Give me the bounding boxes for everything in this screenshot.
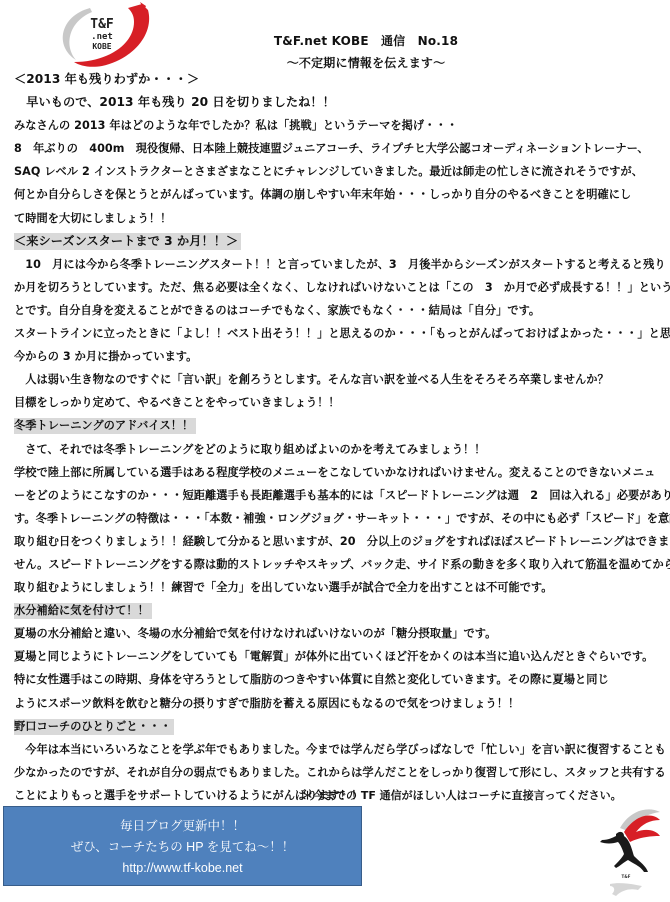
body-line: せん。スピードトレーニングをする際は動的ストレッチやスキップ、バック走、サイド系… — [14, 553, 664, 576]
section-heading-highlighted: 水分補給に気を付けて！！ — [14, 599, 664, 622]
body-line: スタートラインに立ったときに「よし！！ベスト出そう！！」と思えるのか・・・「もっ… — [14, 322, 664, 345]
body-line: みなさんの 2013 年はどのような年でしたか？私は「挑戦」というテーマを掲げ・… — [14, 114, 664, 137]
body-line: とです。自分自身を変えることができるのはコーチでもなく、家族でもなく・・・結局は… — [14, 299, 664, 322]
body-line: か月を切ろうとしています。ただ、焦る必要は全くなく、しなければいけないことは「こ… — [14, 276, 664, 299]
newsletter-title: T&F.net KOBE 通信 No.18 — [246, 30, 486, 52]
body-line: 取り組むようにしましょう！！練習で「全力」を出していない選手が試合で全力を出すこ… — [14, 576, 664, 599]
body-line: 早いもので、2013 年も残り 20 日を切りましたね！！ — [14, 91, 664, 114]
section-heading-highlighted: ＜来シーズンスタートまで 3 か月！！＞ — [14, 230, 664, 253]
body-line: 目標をしっかり定めて、やるべきことをやっていきましょう！！ — [14, 391, 664, 414]
body-line: 人は弱い生き物なのですぐに「言い訳」を創ろうとします。そんな言い訳を並べる人生を… — [14, 368, 664, 391]
body-line: 学校で陸上部に所属している選手はある程度学校のメニューをこなしていかなければいけ… — [14, 461, 664, 484]
section-heading: ＜2013 年も残りわずか・・・＞ — [14, 68, 664, 91]
body-line: 10 月には今から冬季トレーニングスタート！！と言っていましたが、3 月後半から… — [14, 253, 664, 276]
body-line: 何とか自分らしさを保とうとがんばっています。体調の崩しやすい年末年始・・・しっか… — [14, 183, 664, 206]
blog-promo-line-2: ぜひ、コーチたちの HP を見てね～！！ — [4, 837, 361, 858]
body-line: 8 年ぶりの 400m 現役復帰、日本陸上競技連盟ジュニアコーチ、ライプチヒ大学… — [14, 137, 664, 160]
body-line: さて、それでは冬季トレーニングをどのように取り組めばよいのかを考えてみましょう！… — [14, 438, 664, 461]
svg-text:T&F: T&F — [622, 874, 631, 879]
newsletter-body: ＜2013 年も残りわずか・・・＞ 早いもので、2013 年も残り 20 日を切… — [14, 68, 664, 807]
body-line: て時間を大切にしましょう！！ — [14, 207, 664, 230]
body-line: す。冬季トレーニングの特徴は・・・「本数・補強・ロングジョグ・サーキット・・・」… — [14, 507, 664, 530]
svg-text:.net: .net — [91, 32, 113, 42]
footer-note: ＊今までの TF 通信がほしい人はコーチに直接言ってください。 — [302, 787, 622, 803]
body-line: 夏場と同じようにトレーニングをしていても「電解質」が体外に出ていくほど汗をかくの… — [14, 645, 664, 668]
blog-url-link[interactable]: http://www.tf-kobe.net — [4, 858, 361, 879]
newsletter-page: T&F .net KOBE T&F.net KOBE 通信 No.18 ～不定期… — [0, 0, 670, 902]
svg-text:T&F: T&F — [90, 17, 114, 32]
tf-net-kobe-logo-icon: T&F .net KOBE — [50, 2, 170, 68]
body-line: ーをどのようにこなすのか・・・短距離選手も長距離選手も基本的には「スピードトレー… — [14, 484, 664, 507]
body-line: 少なかったのですが、それが自分の弱点でもありました。これからは学んだことをしっか… — [14, 761, 664, 784]
body-line: 特に女性選手はこの時期、身体を守ろうとして脂肪のつきやすい体質に自然と変化してい… — [14, 668, 664, 691]
body-line: 今年は本当にいろいろなことを学ぶ年でもありました。今までは学んだら学びっぱなしで… — [14, 738, 664, 761]
body-line: 夏場の水分補給と違い、冬場の水分補給で気を付けなければいけないのが「糖分摂取量」… — [14, 622, 664, 645]
blog-promo-line-1: 毎日ブログ更新中！！ — [4, 816, 361, 837]
svg-text:KOBE: KOBE — [92, 42, 111, 51]
body-line: SAQ レベル 2 インストラクターとさまざまなことにチャレンジしていきました。… — [14, 160, 664, 183]
section-heading-highlighted: 野口コーチのひとりごと・・・ — [14, 715, 664, 738]
section-heading-highlighted: 冬季トレーニングのアドバイス！！ — [14, 414, 664, 437]
blog-promo-box: 毎日ブログ更新中！！ ぜひ、コーチたちの HP を見てね～！！ http://w… — [3, 806, 362, 886]
runner-logo-icon: T&F — [590, 806, 662, 900]
body-line: ようにスポーツ飲料を飲むと糖分の摂りすぎで脂肪を蓄える原因にもなるので気をつけま… — [14, 692, 664, 715]
body-line: 取り組む日をつくりましょう！！経験して分かると思いますが、20 分以上のジョグを… — [14, 530, 664, 553]
body-line: 今からの 3 か月に掛かっています。 — [14, 345, 664, 368]
